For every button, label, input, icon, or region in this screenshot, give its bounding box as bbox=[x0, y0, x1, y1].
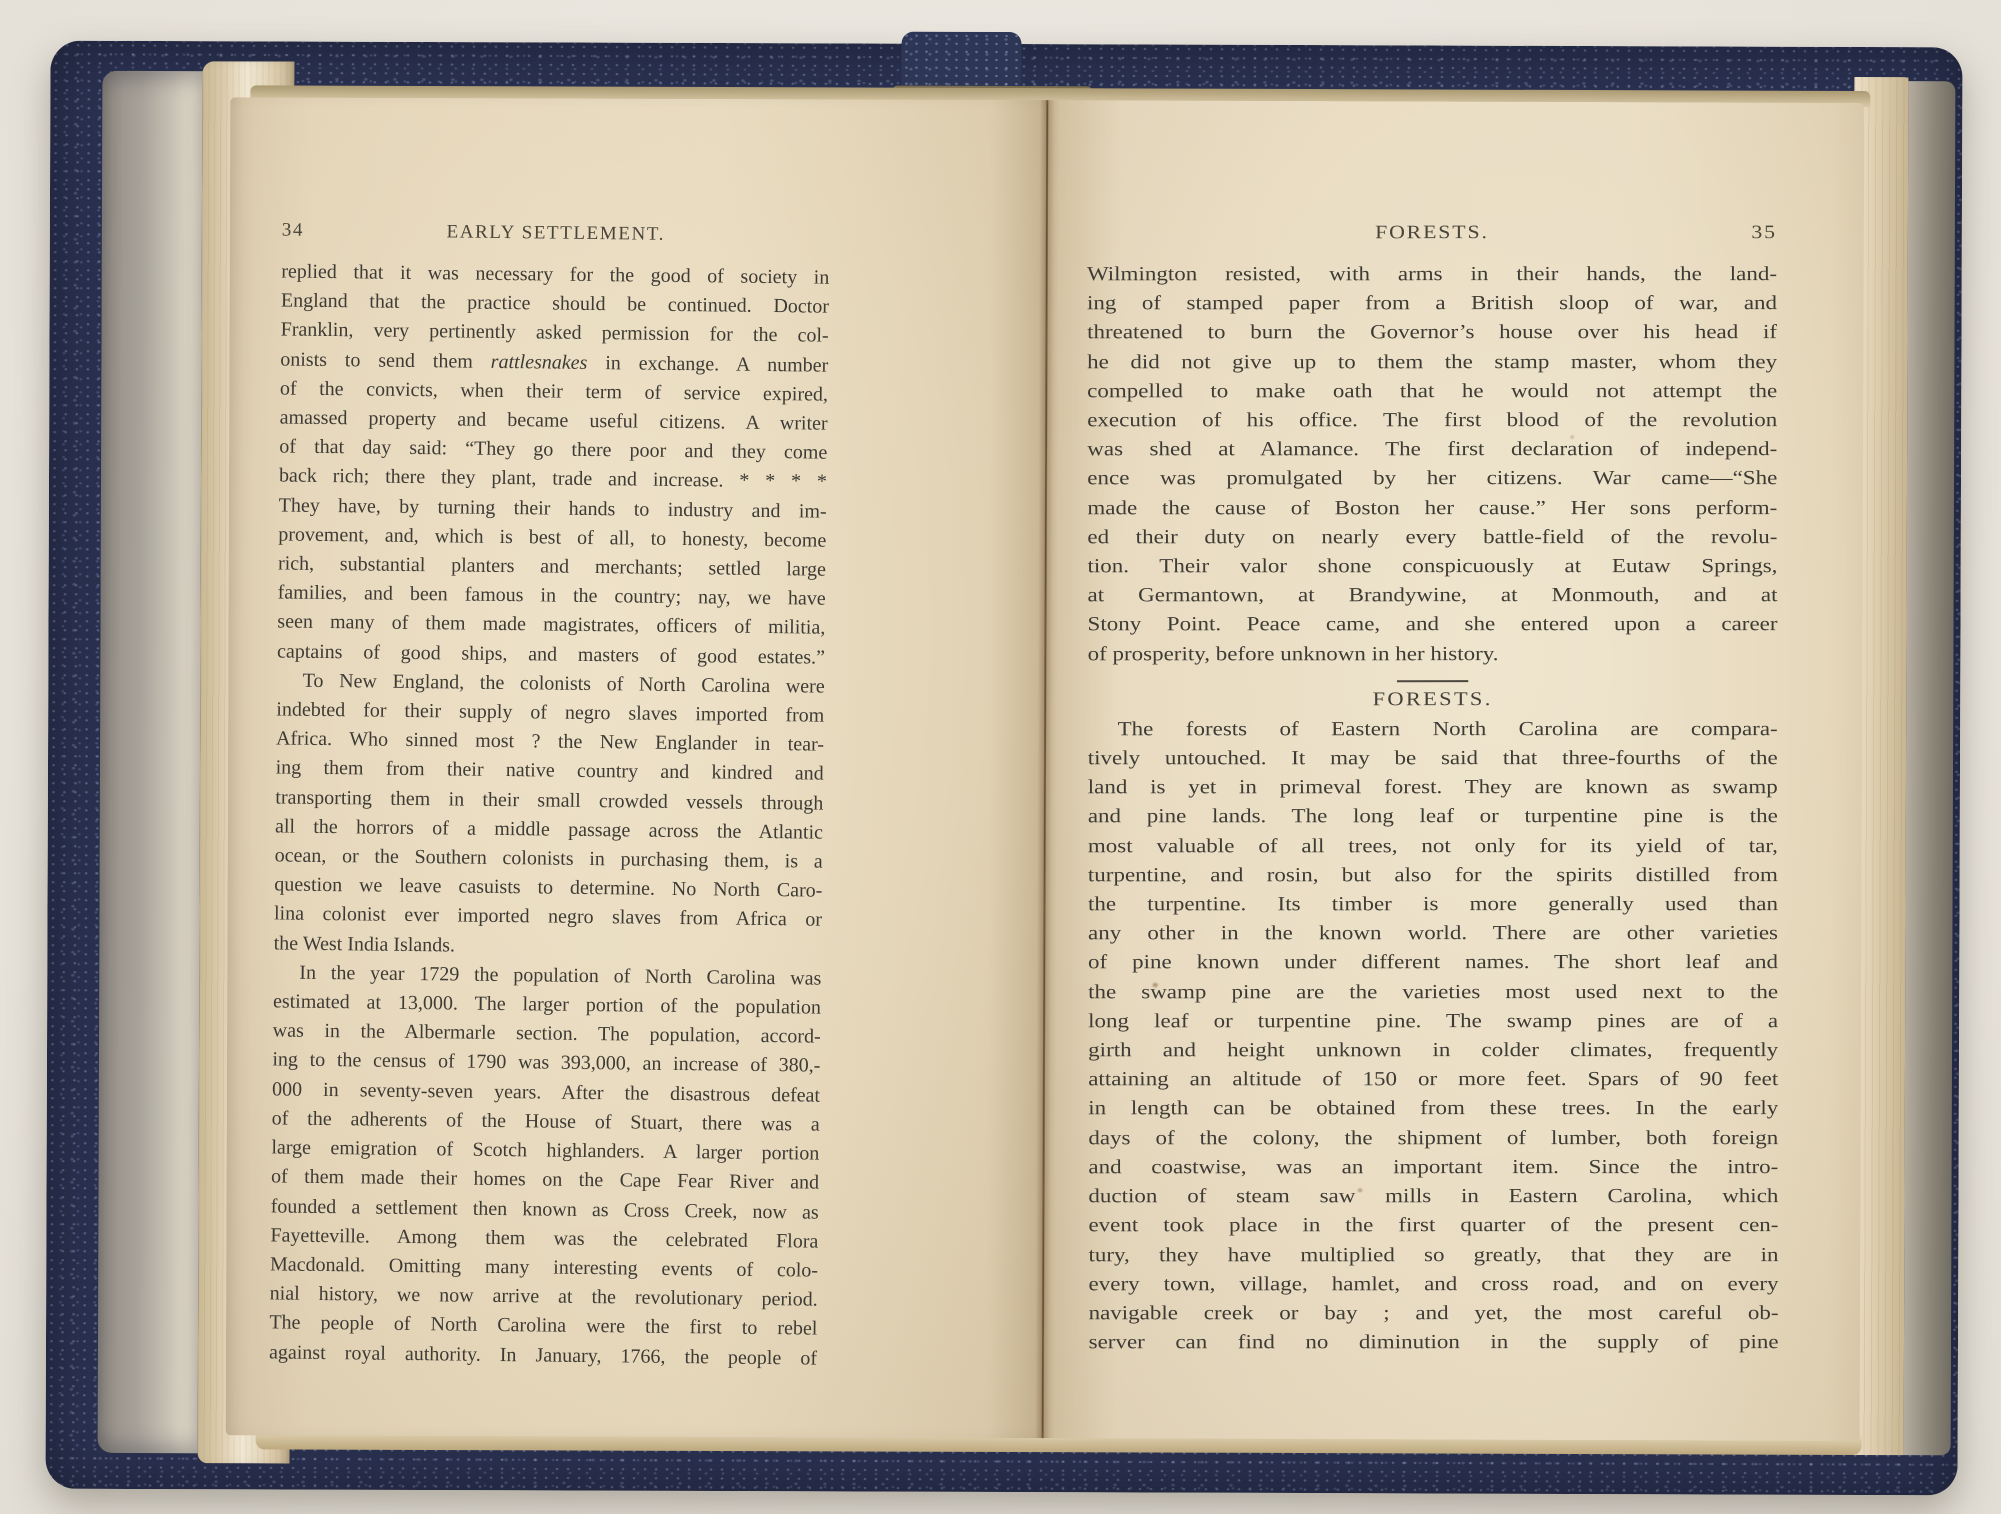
text-line: most valuable of all trees, not only for… bbox=[1088, 832, 1778, 861]
text-line: event took place in the first quarter of… bbox=[1088, 1211, 1778, 1240]
right-page-body: Wilmington resisted, with arms in their … bbox=[1087, 260, 1779, 1358]
text-line: Stony Point. Peace came, and she entered… bbox=[1087, 611, 1777, 640]
text-line: at Germantown, at Brandywine, at Monmout… bbox=[1087, 581, 1777, 610]
text-line: in length can be obtained from these tre… bbox=[1088, 1095, 1778, 1124]
left-header-spacer bbox=[760, 241, 830, 242]
text-line: tury, they have multiplied so greatly, t… bbox=[1088, 1241, 1778, 1270]
text-line: every town, village, hamlet, and cross r… bbox=[1089, 1270, 1779, 1299]
text-line: days of the colony, the shipment of lumb… bbox=[1088, 1124, 1778, 1153]
left-page: 34 EARLY SETTLEMENT. replied that it was… bbox=[226, 97, 1048, 1438]
text-line: and coastwise, was an important item. Si… bbox=[1088, 1153, 1778, 1182]
text-line: of pine known under different names. The… bbox=[1088, 949, 1778, 978]
text-line: server can find no diminution in the sup… bbox=[1089, 1328, 1779, 1357]
spine-headcap bbox=[901, 32, 1021, 92]
right-running-head: FORESTS. 35 bbox=[1087, 222, 1777, 244]
text-line: any other in the known world. There are … bbox=[1088, 919, 1778, 948]
right-endpaper-edge bbox=[1904, 81, 1956, 1455]
text-line: navigable creek or bay ; and yet, the mo… bbox=[1089, 1299, 1779, 1328]
paragraph: In the year 1729 the population of North… bbox=[269, 958, 822, 1373]
left-running-head: 34 EARLY SETTLEMENT. bbox=[282, 219, 830, 247]
text-line: long leaf or turpentine pine. The swamp … bbox=[1088, 1007, 1778, 1036]
text-line: compelled to make oath that he would not… bbox=[1087, 377, 1777, 406]
section-heading: FORESTS. bbox=[1088, 685, 1778, 715]
text-line: and pine lands. The long leaf or turpent… bbox=[1088, 803, 1778, 832]
right-running-header-title: FORESTS. bbox=[1167, 222, 1696, 244]
right-page-number: 35 bbox=[1696, 222, 1777, 244]
text-line: The forests of Eastern North Carolina ar… bbox=[1088, 715, 1778, 744]
text-line: was shed at Alamance. The first declarat… bbox=[1087, 435, 1777, 464]
right-page-content: FORESTS. 35 Wilmington resisted, with ar… bbox=[1087, 222, 1779, 1358]
text-line: execution of his office. The first blood… bbox=[1087, 406, 1777, 435]
text-line: the turpentine. Its timber is more gener… bbox=[1088, 890, 1778, 919]
text-line: land is yet in primeval forest. They are… bbox=[1088, 773, 1778, 802]
paragraph: replied that it was necessary for the go… bbox=[277, 257, 830, 672]
text-line: duction of steam saw mills in Eastern Ca… bbox=[1088, 1182, 1778, 1211]
text-line: tively untouched. It may be said that th… bbox=[1088, 744, 1778, 773]
section-divider bbox=[1397, 680, 1468, 682]
left-page-number: 34 bbox=[282, 219, 352, 242]
book-cover: 34 EARLY SETTLEMENT. replied that it was… bbox=[45, 41, 1962, 1496]
text-line: made the cause of Boston her cause.” Her… bbox=[1087, 494, 1777, 523]
text-line: girth and height unknown in colder clima… bbox=[1088, 1036, 1778, 1065]
left-page-body: replied that it was necessary for the go… bbox=[269, 257, 830, 1373]
right-page: FORESTS. 35 Wilmington resisted, with ar… bbox=[1043, 100, 1865, 1441]
text-line: ence was promulgated by her citizens. Wa… bbox=[1087, 464, 1777, 493]
text-line: attaining an altitude of 150 or more fee… bbox=[1088, 1065, 1778, 1094]
paragraph: To New England, the colonists of North C… bbox=[274, 666, 825, 964]
paragraph: Wilmington resisted, with arms in their … bbox=[1087, 260, 1778, 669]
text-line: he did not give up to them the stamp mas… bbox=[1087, 348, 1777, 377]
text-line: against royal authority. In January, 176… bbox=[269, 1338, 817, 1373]
text-line: Wilmington resisted, with arms in their … bbox=[1087, 260, 1777, 289]
paragraph: The forests of Eastern North Carolina ar… bbox=[1088, 715, 1779, 1358]
text-line: turpentine, and rosin, but also for the … bbox=[1088, 861, 1778, 890]
left-endpaper-edge bbox=[98, 71, 203, 1453]
text-line: of prosperity, before unknown in her his… bbox=[1088, 640, 1778, 669]
text-line: ing of stamped paper from a British sloo… bbox=[1087, 289, 1777, 318]
text-line: ed their duty on nearly every battle-fie… bbox=[1087, 523, 1777, 552]
photo-backdrop: 34 EARLY SETTLEMENT. replied that it was… bbox=[0, 0, 2001, 1514]
left-running-header-title: EARLY SETTLEMENT. bbox=[352, 220, 760, 247]
text-line: tion. Their valor shone conspicuously at… bbox=[1087, 552, 1777, 581]
text-line: threatened to burn the Governor’s house … bbox=[1087, 318, 1777, 347]
open-pages: 34 EARLY SETTLEMENT. replied that it was… bbox=[226, 97, 1865, 1441]
text-line: the swamp pine are the varieties most us… bbox=[1088, 978, 1778, 1007]
left-page-content: 34 EARLY SETTLEMENT. replied that it was… bbox=[269, 219, 830, 1373]
